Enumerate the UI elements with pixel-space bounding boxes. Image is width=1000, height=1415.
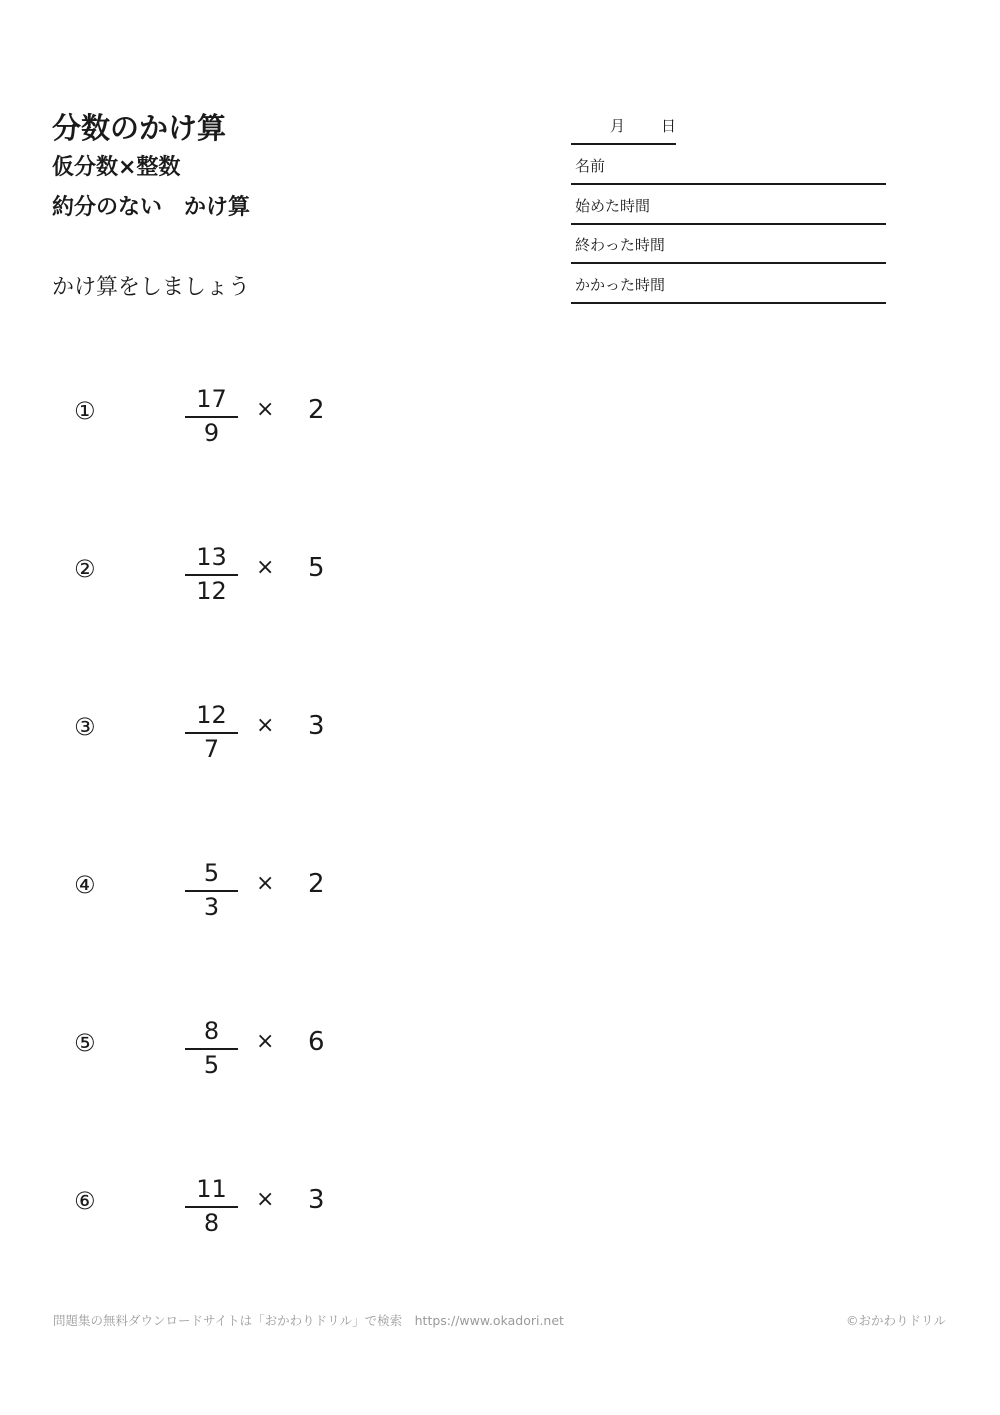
fraction-bar — [185, 574, 238, 576]
date-field: 月 日 — [571, 105, 676, 145]
fraction: 5 3 — [185, 849, 238, 929]
multiply-operator: × — [256, 871, 274, 896]
end-time-label: 終わった時間 — [575, 234, 665, 255]
multiplier: 5 — [308, 553, 325, 583]
fraction: 17 9 — [185, 375, 238, 455]
denominator: 12 — [185, 577, 238, 605]
fraction: 8 5 — [185, 1007, 238, 1087]
problem-number: ② — [74, 555, 96, 583]
day-label: 日 — [661, 115, 676, 136]
problem-number: ① — [74, 397, 96, 425]
elapsed-time-field: かかった時間 — [571, 264, 886, 304]
multiply-operator: × — [256, 1029, 274, 1054]
instruction-text: かけ算をしましょう — [52, 270, 250, 301]
end-time-field: 終わった時間 — [571, 224, 886, 264]
fraction: 12 7 — [185, 691, 238, 771]
fraction-bar — [185, 732, 238, 734]
numerator: 8 — [185, 1017, 238, 1045]
problem-number: ⑥ — [74, 1187, 96, 1215]
fraction-bar — [185, 416, 238, 418]
fraction-bar — [185, 890, 238, 892]
multiply-operator: × — [256, 555, 274, 580]
footer-copyright: ©おかわりドリル — [846, 1311, 946, 1329]
month-label: 月 — [610, 115, 625, 136]
multiplier: 2 — [308, 869, 325, 899]
numerator: 5 — [185, 859, 238, 887]
multiply-operator: × — [256, 397, 274, 422]
worksheet-title: 分数のかけ算 — [52, 106, 226, 147]
fraction: 13 12 — [185, 533, 238, 613]
worksheet-subtitle-type: 仮分数×整数 — [52, 150, 180, 181]
fraction-bar — [185, 1206, 238, 1208]
fraction: 11 8 — [185, 1165, 238, 1245]
multiplier: 6 — [308, 1027, 325, 1057]
problem-4: ④ 5 3 × 2 — [60, 849, 320, 929]
numerator: 13 — [185, 543, 238, 571]
numerator: 17 — [185, 385, 238, 413]
denominator: 9 — [185, 419, 238, 447]
footer-site-info: 問題集の無料ダウンロードサイトは「おかわりドリル」で検索 https://www… — [53, 1311, 564, 1329]
problem-number: ④ — [74, 871, 96, 899]
problem-6: ⑥ 11 8 × 3 — [60, 1165, 320, 1245]
start-time-label: 始めた時間 — [575, 195, 650, 216]
name-field: 名前 — [571, 145, 886, 185]
numerator: 11 — [185, 1175, 238, 1203]
problem-1: ① 17 9 × 2 — [60, 375, 320, 455]
problem-2: ② 13 12 × 5 — [60, 533, 320, 613]
multiply-operator: × — [256, 1187, 274, 1212]
denominator: 7 — [185, 735, 238, 763]
worksheet-subtitle-condition: 約分のない かけ算 — [52, 190, 250, 221]
problem-3: ③ 12 7 × 3 — [60, 691, 320, 771]
name-label: 名前 — [575, 155, 605, 176]
fraction-bar — [185, 1048, 238, 1050]
multiply-operator: × — [256, 713, 274, 738]
elapsed-time-label: かかった時間 — [575, 274, 665, 295]
problem-number: ⑤ — [74, 1029, 96, 1057]
multiplier: 2 — [308, 395, 325, 425]
problem-number: ③ — [74, 713, 96, 741]
multiplier: 3 — [308, 711, 325, 741]
denominator: 8 — [185, 1209, 238, 1237]
numerator: 12 — [185, 701, 238, 729]
denominator: 3 — [185, 893, 238, 921]
start-time-field: 始めた時間 — [571, 185, 886, 225]
problem-5: ⑤ 8 5 × 6 — [60, 1007, 320, 1087]
denominator: 5 — [185, 1051, 238, 1079]
multiplier: 3 — [308, 1185, 325, 1215]
